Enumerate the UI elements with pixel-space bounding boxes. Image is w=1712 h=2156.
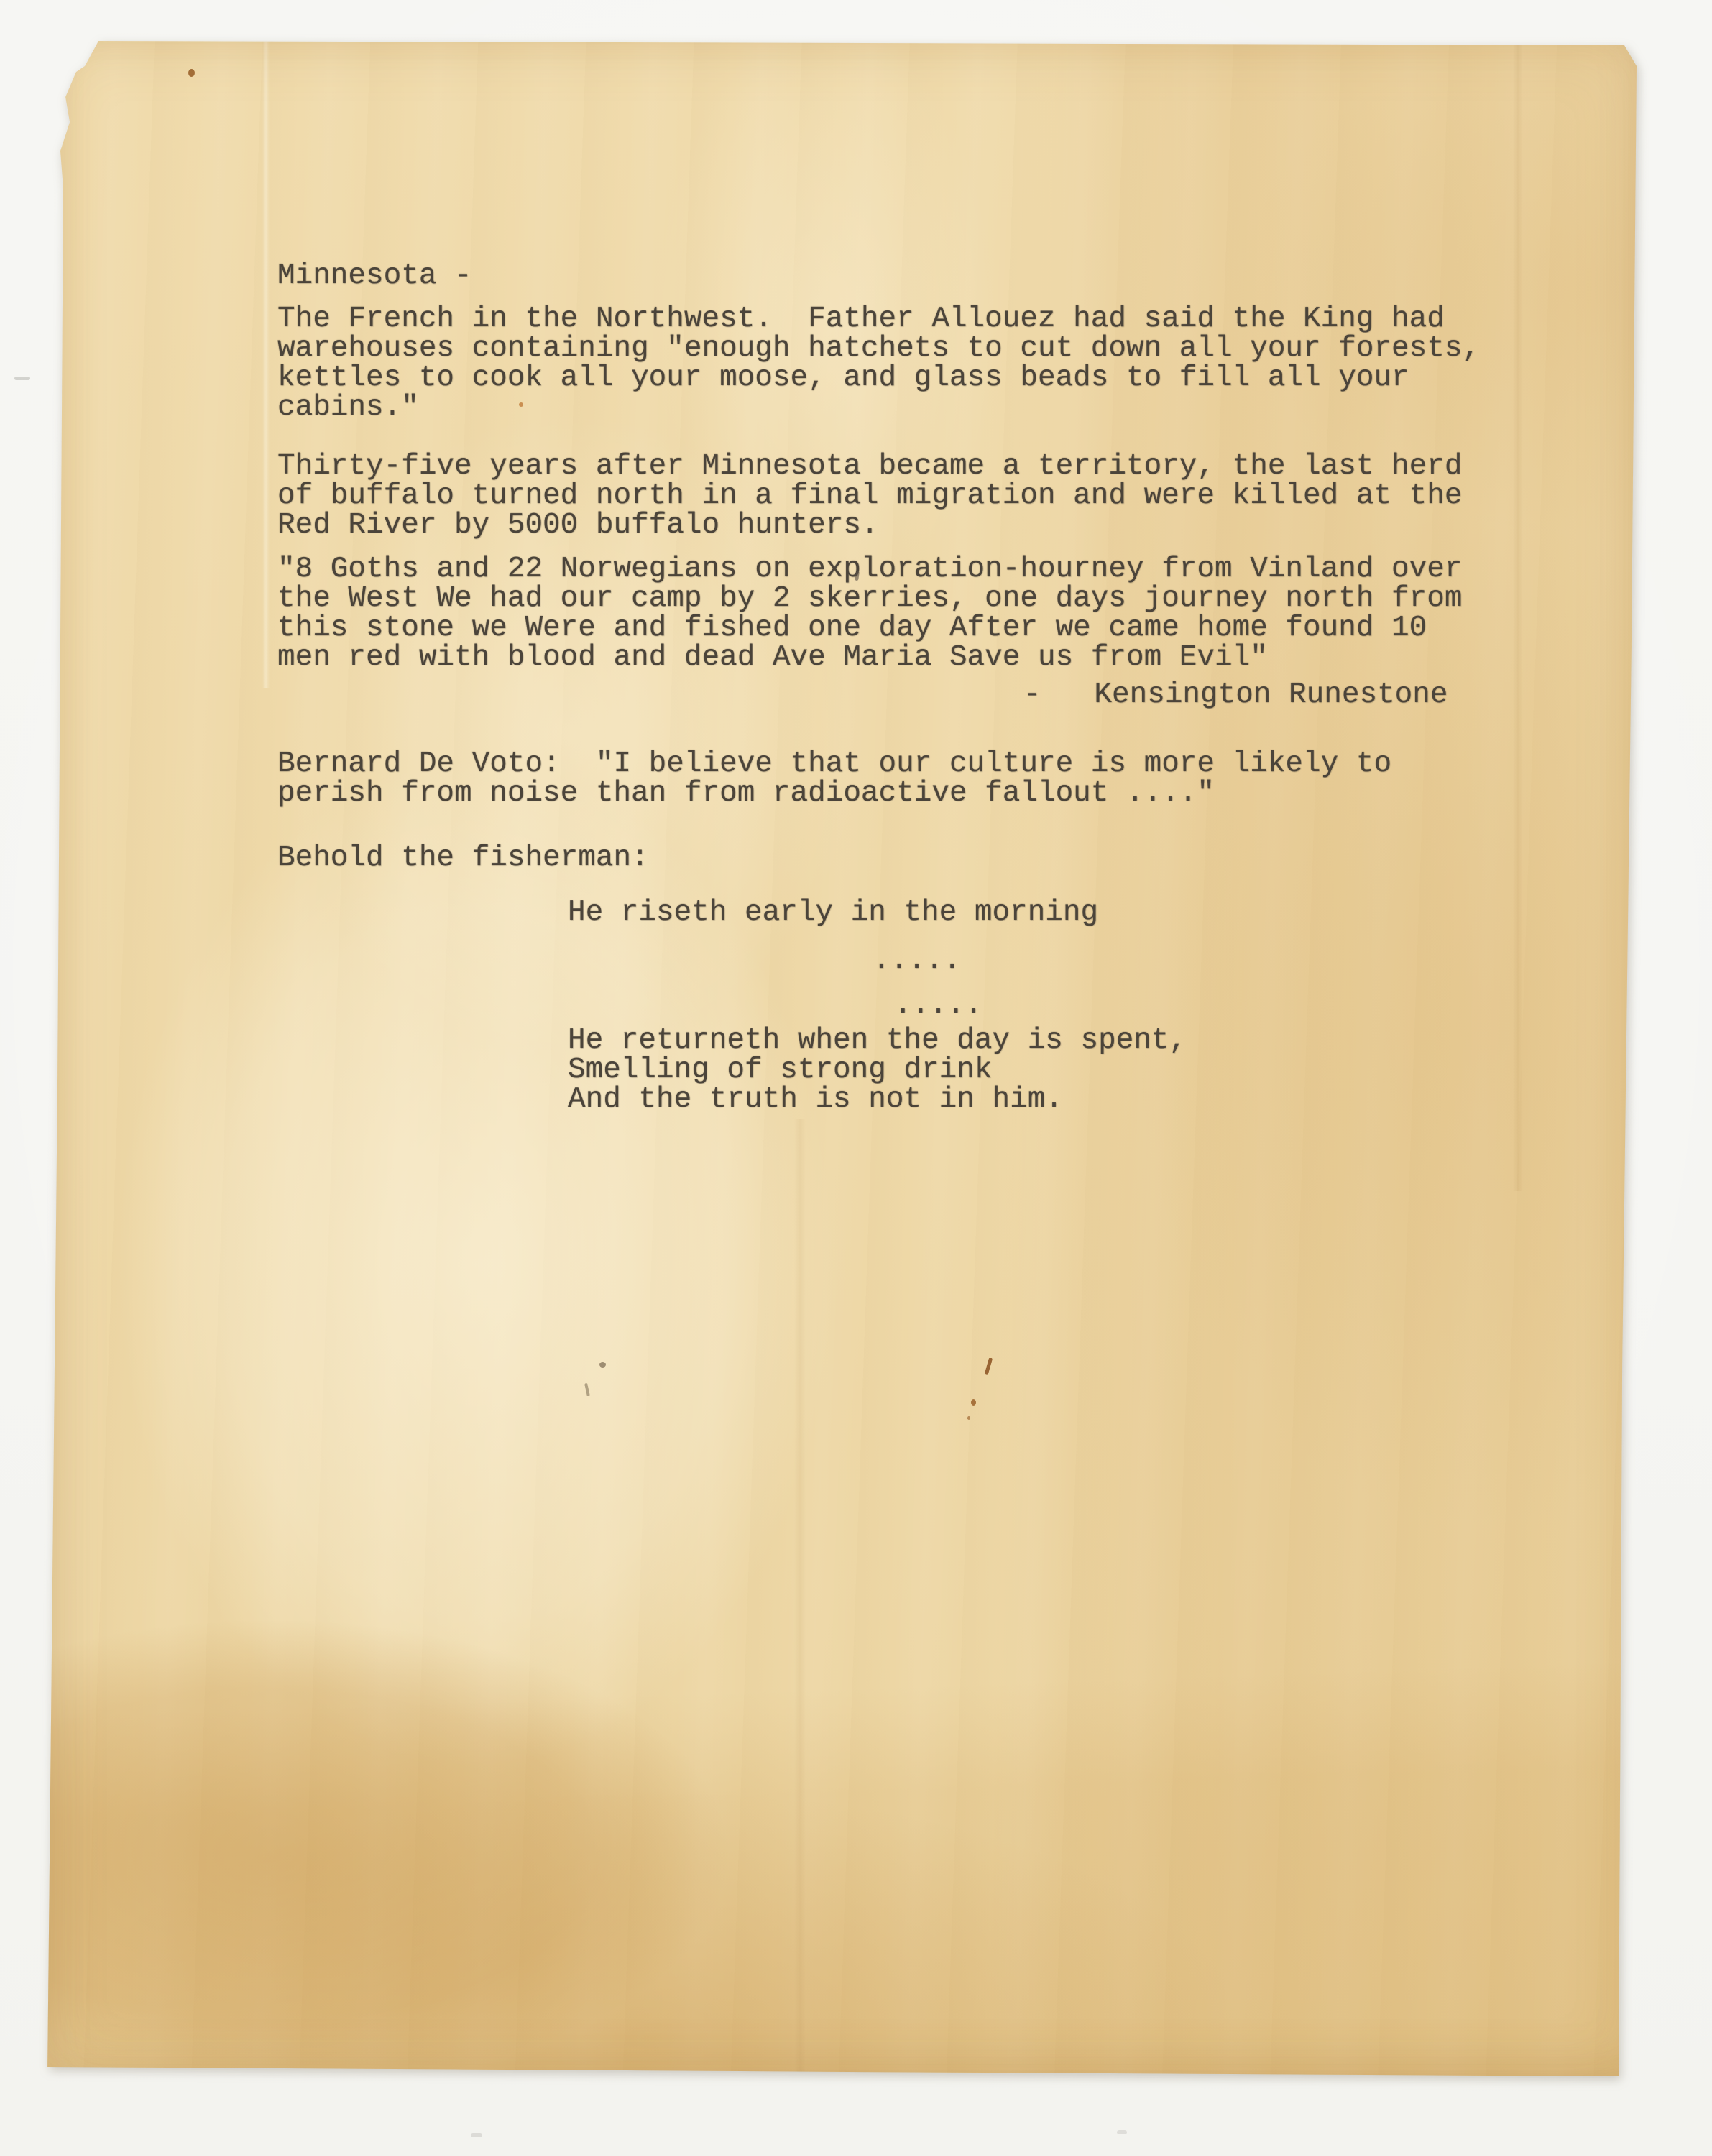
paper-surface: Minnesota - The French in the Northwest.… <box>47 41 1637 2079</box>
paper-crease <box>262 41 270 688</box>
foxing-speck <box>985 1358 993 1375</box>
poem-ellipsis-1: ..... <box>873 946 961 976</box>
paragraph-runestone-quote: "8 Goths and 22 Norwegians on exploratio… <box>277 555 1462 673</box>
poem-ellipsis-2: ..... <box>894 991 982 1021</box>
paper-crease <box>794 1119 806 2079</box>
paper-sheet: Minnesota - The French in the Northwest.… <box>0 0 1712 2156</box>
paragraph-buffalo-migration: Thirty-five years after Minnesota became… <box>277 452 1462 540</box>
document-heading-text: Minnesota - <box>277 262 472 291</box>
runestone-attribution: - Kensington Runestone <box>1023 681 1448 710</box>
stray-ink-mark <box>584 1383 590 1396</box>
poem-line-riseth: He riseth early in the morning <box>568 898 1098 928</box>
paragraph-devoto-quote: Bernard De Voto: "I believe that our cul… <box>277 750 1391 808</box>
foxing-speck <box>971 1399 976 1406</box>
foxing-speck <box>967 1416 970 1420</box>
stray-ink-mark <box>599 1362 606 1368</box>
paper-crease <box>1513 41 1523 1191</box>
scanner-bed: Minnesota - The French in the Northwest.… <box>0 0 1712 2156</box>
foxing-speck <box>188 69 195 77</box>
fisherman-intro: Behold the fisherman: <box>277 844 649 873</box>
poem-stanza-returneth: He returneth when the day is spent, Smel… <box>568 1026 1187 1115</box>
paragraph-french-northwest: The French in the Northwest. Father Allo… <box>277 305 1480 423</box>
